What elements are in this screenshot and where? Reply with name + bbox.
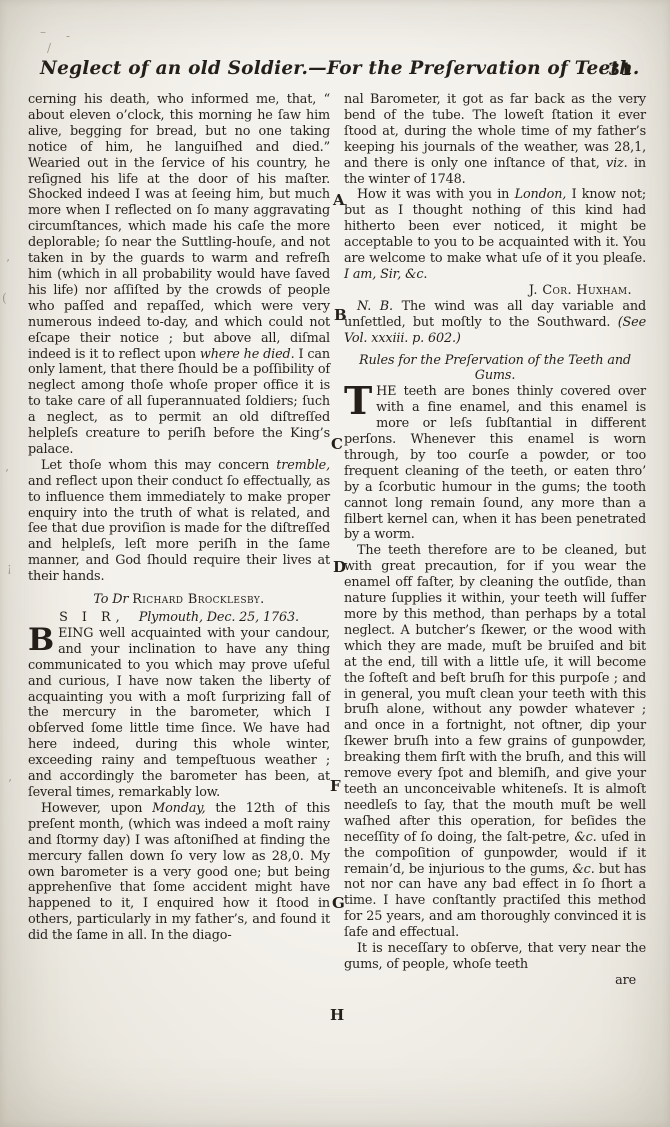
body-text: and reflect upon their conduct ſo effect… [28, 474, 330, 584]
paragraph: THE teeth are bones thinly covered over … [344, 384, 646, 543]
nota-bene: N. B. The wind was all day variable and … [344, 299, 646, 347]
paragraph: It is neceſſary to obſerve, that very ne… [344, 941, 646, 973]
running-head: Neglect of an old Soldier.—For the Preſe… [40, 58, 600, 79]
ink-mark: ’ [6, 258, 10, 270]
paragraph: BEING well acquainted with your candour,… [28, 626, 330, 801]
margin-letter-B: B [334, 308, 347, 323]
margin-letter-A: A [333, 193, 345, 208]
body-text-italic: &c. [574, 830, 596, 845]
ink-mark: ’ [5, 468, 9, 480]
body-text-italic: I am, Sir, &c. [344, 267, 427, 282]
body-text: However, upon [41, 801, 152, 816]
letter-heading-prefix: To Dr [93, 592, 132, 607]
margin-letter-C: C [331, 437, 343, 452]
signature: J. Cor. Huxham. [344, 283, 646, 299]
body-text: HE teeth are bones thinly covered over w… [344, 384, 646, 542]
catchword: are [344, 973, 646, 989]
page-number: 31 [608, 60, 632, 80]
body-text: I can only lament, that there ſhould be … [28, 347, 330, 457]
ink-mark: – [40, 26, 46, 38]
margin-letter-D: D [333, 560, 346, 575]
body-text-italic: N. B. [357, 299, 393, 314]
body-text: Let thoſe whom this may concern [41, 458, 276, 473]
salutation-place-date: Plymouth, Dec. 25, 1763. [139, 610, 299, 625]
paragraph: nal Barometer, it got as far back as the… [344, 92, 646, 187]
ink-mark: ¡ [7, 562, 12, 574]
drop-cap: B [28, 626, 58, 654]
ink-mark: - [66, 30, 70, 42]
body-text-italic: &c. [572, 862, 594, 877]
body-text: the 12th of this preſent month, (which w… [28, 801, 330, 943]
page: Neglect of an old Soldier.—For the Preſe… [0, 0, 670, 1127]
letter-heading-name: Richard Brocklesby. [132, 592, 264, 607]
paragraph: However, upon Monday, the 12th of this p… [28, 801, 330, 944]
margin-letter-H: H [330, 1008, 344, 1023]
body-text: The teeth therefore are to be cleaned, b… [344, 543, 646, 844]
body-text: It is neceſſary to obſerve, that very ne… [344, 941, 646, 972]
ink-mark: ( [2, 292, 7, 304]
body-text: How it was with you in [357, 187, 515, 202]
margin-letter-F: F [330, 779, 341, 794]
paragraph: cerning his death, who informed me, that… [28, 92, 330, 458]
body-text-italic: London, [515, 187, 567, 202]
left-column: cerning his death, who informed me, that… [28, 92, 330, 944]
salutation-line: S I R,Plymouth, Dec. 25, 1763. [28, 610, 330, 626]
right-column: nal Barometer, it got as far back as the… [344, 92, 646, 989]
letter-heading: To Dr Richard Brocklesby. [28, 592, 330, 608]
paragraph: Let thoſe whom this may concern tremble,… [28, 458, 330, 585]
body-text: nal Barometer, it got as far back as the… [344, 92, 646, 171]
ink-mark: ’ [8, 778, 12, 790]
margin-letter-G: G [332, 896, 345, 911]
body-text: EING well acquainted with your candour, … [28, 626, 330, 800]
drop-cap: T [344, 384, 376, 416]
body-text-italic: viz. [606, 156, 628, 171]
paragraph: How it was with you in London, I know no… [344, 187, 646, 282]
salutation-sir: S I R, [59, 610, 125, 625]
section-title: Rules for the Preſervation of the Teeth … [344, 353, 646, 385]
paragraph: The teeth therefore are to be cleaned, b… [344, 543, 646, 941]
body-text: cerning his death, who informed me, that… [28, 92, 330, 362]
ink-mark: / [47, 42, 51, 54]
body-text-italic: tremble, [276, 458, 330, 473]
body-text-italic: Monday, [152, 801, 205, 816]
body-text-italic: where he died. [200, 347, 295, 362]
